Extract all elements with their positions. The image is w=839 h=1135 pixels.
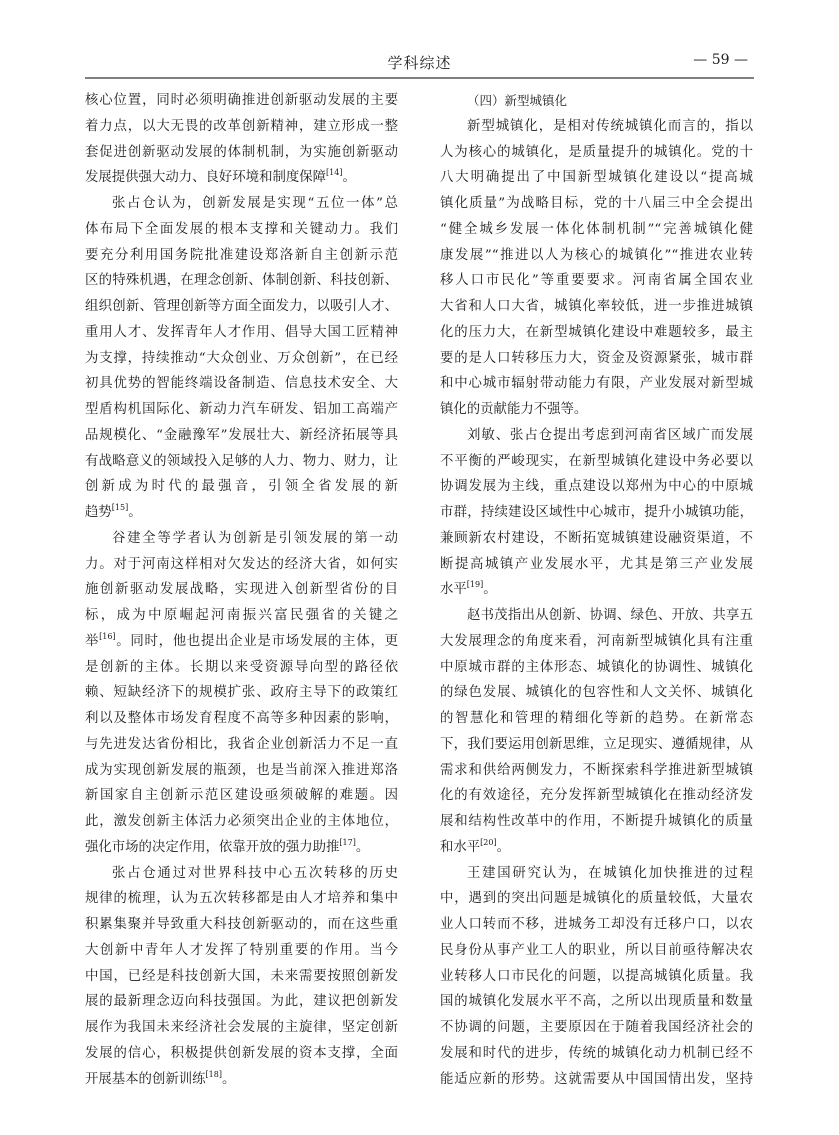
line-text: 组织创新、管理创新等方面全面发力，以吸引人才、 xyxy=(85,299,398,314)
line-text: 能适应新的形势。这就需要从中国国情出发，坚持 xyxy=(440,1072,753,1087)
line-text: 刘敏、张占仓提出考虑到河南省区域广而发展 xyxy=(467,428,753,443)
text-line: 不协调的问题，主要原因在于随着我国经济社会的 xyxy=(440,1015,753,1041)
text-line: 兼顾新农村建设，不断拓宽城镇建设融资渠道，不 xyxy=(440,526,753,552)
paragraph-start-line: 谷建全等学者认为创新是引领发展的第一动 xyxy=(85,526,398,552)
line-tail-text: 。 xyxy=(497,840,510,855)
text-line: 举[16]。同时，他也提出企业是市场发展的主体，更 xyxy=(85,629,398,655)
text-line: 初具优势的智能终端设备制造、信息技术安全、大 xyxy=(85,371,398,397)
text-line: 大省和人口大省，城镇化率较低，进一步推进城镇 xyxy=(440,294,753,320)
text-line: 发展和时代的进步，传统的城镇化动力机制已经不 xyxy=(440,1041,753,1067)
line-tail-text: 。 xyxy=(222,1072,235,1087)
line-text: 型盾构机国际化、新动力汽车研发、铝加工高端产 xyxy=(85,402,398,417)
text-line: “健全城乡发展一体化体制机制”“完善城镇化健 xyxy=(440,217,753,243)
text-line: 不平衡的严峻现实，在新型城镇化建设中务必要以 xyxy=(440,449,753,475)
text-line: 的绿色发展、城镇化的包容性和人文关怀、城镇化 xyxy=(440,680,753,706)
text-line: 化的压力大，在新型城镇化建设中难题较多，最主 xyxy=(440,320,753,346)
line-text: 断提高城镇产业发展水平，尤其是第三产业发展 xyxy=(440,557,753,572)
text-line: 业人口转而不移，进城务工却没有迁移户口，以农 xyxy=(440,912,753,938)
text-line: 大发展理念的角度来看，河南新型城镇化具有注重 xyxy=(440,629,753,655)
line-tail-text: 。 xyxy=(342,170,355,185)
text-line: 和水平[20]。 xyxy=(440,835,753,861)
text-line: 的智慧化和管理的精细化等新的趋势。在新常态 xyxy=(440,706,753,732)
line-text: 国的城镇化发展水平不高，之所以出现质量和数量 xyxy=(440,994,753,1009)
line-text: 要的是人口转移压力大，资金及资源紧张，城市群 xyxy=(440,351,753,366)
line-text: 赖、短缺经济下的规模扩张、政府主导下的政策红 xyxy=(85,685,398,700)
citation-reference: [14] xyxy=(326,168,342,177)
text-line: 展作为我国未来经济社会发展的主旋律，坚定创新 xyxy=(85,1015,398,1041)
line-text: 新国家自主创新示范区建设亟须破解的难题。因 xyxy=(85,788,398,803)
citation-reference: [19] xyxy=(467,580,483,589)
text-line: 中原城市群的主体形态、城镇化的协调性、城镇化 xyxy=(440,655,753,681)
text-line: 此，激发创新主体活力必须突出企业的主体地位， xyxy=(85,809,398,835)
text-line: 标，成为中原崛起河南振兴富民强省的关键之 xyxy=(85,603,398,629)
text-line: 套促进创新驱动发展的体制机制，为实施创新驱动 xyxy=(85,140,398,166)
line-text: 区的特殊机遇，在理念创新、体制创新、科技创新、 xyxy=(85,273,398,288)
line-text: 兼顾新农村建设，不断拓宽城镇建设融资渠道，不 xyxy=(440,531,753,546)
line-text: “健全城乡发展一体化体制机制”“完善城镇化健 xyxy=(440,222,753,237)
citation-reference: [16] xyxy=(99,632,115,641)
line-text: 水平 xyxy=(440,582,467,597)
text-line: 业转移人口市民化的问题，以提高城镇化质量。我 xyxy=(440,964,753,990)
line-text: 的智慧化和管理的精细化等新的趋势。在新常态 xyxy=(440,711,753,726)
text-line: 着力点，以大无畏的改革创新精神，建立形成一整 xyxy=(85,114,398,140)
text-line: 积累集聚并导致重大科技创新驱动的，而在这些重 xyxy=(85,912,398,938)
text-line: 需求和供给两侧发力，不断探索科学推进新型城镇 xyxy=(440,758,753,784)
line-text: 镇化质量”为战略目标，党的十八届三中全会提出 xyxy=(440,196,753,211)
text-line: 重用人才、发挥青年人才作用、倡导大国工匠精神 xyxy=(85,320,398,346)
line-text: 王建国研究认为，在城镇化加快推进的过程 xyxy=(467,866,753,881)
line-text: 展的最新理念迈向科技强国。为此，建议把创新发 xyxy=(85,994,398,1009)
citation-reference: [17] xyxy=(339,838,355,847)
text-line: 人为核心的城镇化，是质量提升的城镇化。党的十 xyxy=(440,140,753,166)
text-line: 下，我们要运用创新思维，立足现实、遵循规律，从 xyxy=(440,732,753,758)
citation-reference: [20] xyxy=(480,838,496,847)
text-line: 康发展”“推进以人为核心的城镇化”“推进农业转 xyxy=(440,243,753,269)
line-text: 规律的梳理，认为五次转移都是由人才培养和集中 xyxy=(85,891,398,906)
paragraph-start-line: 王建国研究认为，在城镇化加快推进的过程 xyxy=(440,861,753,887)
line-text: 张占仓通过对世界科技中心五次转移的历史 xyxy=(112,866,398,881)
line-text: 大发展理念的角度来看，河南新型城镇化具有注重 xyxy=(440,634,753,649)
text-line: 型盾构机国际化、新动力汽车研发、铝加工高端产 xyxy=(85,397,398,423)
line-text: 和中心城市辐射带动能力有限，产业发展对新型城 xyxy=(440,376,753,391)
text-line: 有战略意义的领域投入足够的人力、物力、财力，让 xyxy=(85,449,398,475)
line-text: 镇化的贡献能力不强等。 xyxy=(440,402,587,417)
line-text: 民身份从事产业工人的职业，所以目前亟待解决农 xyxy=(440,943,753,958)
line-text: 核心位置，同时必须明确推进创新驱动发展的主要 xyxy=(85,93,398,108)
text-line: 开展基本的创新训练[18]。 xyxy=(85,1067,398,1093)
line-text: 积累集聚并导致重大科技创新驱动的，而在这些重 xyxy=(85,917,398,932)
line-text: 品规模化、“金融豫军”发展壮大、新经济拓展等具 xyxy=(85,428,398,443)
line-text: 利以及整体市场发育程度不高等多种因素的影响， xyxy=(85,711,398,726)
citation-reference: [15] xyxy=(112,503,128,512)
text-line: 施创新驱动发展战略，实现进入创新型省份的目 xyxy=(85,577,398,603)
text-line: 创新成为时代的最强音，引领全省发展的新 xyxy=(85,474,398,500)
line-text: 移人口市民化”等重要要求。河南省属全国农业 xyxy=(440,273,753,288)
text-line: 八大明确提出了中国新型城镇化建设以“提高城 xyxy=(440,165,753,191)
line-text: 有战略意义的领域投入足够的人力、物力、财力，让 xyxy=(85,454,398,469)
paragraph-start-line: 张占仓通过对世界科技中心五次转移的历史 xyxy=(85,861,398,887)
line-text: 展作为我国未来经济社会发展的主旋律，坚定创新 xyxy=(85,1020,398,1035)
text-line: 发展提供强大动力、良好环境和制度保障[14]。 xyxy=(85,165,398,191)
text-line: 要充分利用国务院批准建设郑洛新自主创新示范 xyxy=(85,243,398,269)
line-text: 成为实现创新发展的瓶颈，也是当前深入推进郑洛 xyxy=(85,763,398,778)
text-line: 发展的信心，积极提供创新发展的资本支撑，全面 xyxy=(85,1041,398,1067)
text-line: 移人口市民化”等重要要求。河南省属全国农业 xyxy=(440,268,753,294)
text-line: 要的是人口转移压力大，资金及资源紧张，城市群 xyxy=(440,346,753,372)
line-tail-text: 。同时，他也提出企业是市场发展的主体，更 xyxy=(116,634,398,649)
line-text: 中原城市群的主体形态、城镇化的协调性、城镇化 xyxy=(440,660,753,675)
text-line: 体布局下全面发展的根本支撑和关键动力。我们 xyxy=(85,217,398,243)
text-line: 能适应新的形势。这就需要从中国国情出发，坚持 xyxy=(440,1067,753,1093)
section-title: 学科综述 xyxy=(85,52,754,73)
line-text: 是创新的主体。长期以来受资源导向型的路径依 xyxy=(85,660,398,675)
text-line: 国的城镇化发展水平不高，之所以出现质量和数量 xyxy=(440,989,753,1015)
line-text: 展和结构性改革中的作用，不断提升城镇化的质量 xyxy=(440,814,753,829)
line-text: 与先进发达省份相比，我省企业创新活力不足一直 xyxy=(85,737,398,752)
line-text: 人为核心的城镇化，是质量提升的城镇化。党的十 xyxy=(440,145,753,160)
line-text: 协调发展为主线，重点建设以郑州为中心的中原城 xyxy=(440,479,753,494)
line-text: 赵书茂指出从创新、协调、绿色、开放、共享五 xyxy=(467,608,753,623)
line-text: 标，成为中原崛起河南振兴富民强省的关键之 xyxy=(85,608,398,623)
line-text: 体布局下全面发展的根本支撑和关键动力。我们 xyxy=(85,222,398,237)
line-text: 套促进创新驱动发展的体制机制，为实施创新驱动 xyxy=(85,145,398,160)
line-tail-text: 。 xyxy=(483,582,496,597)
line-text: 新型城镇化，是相对传统城镇化而言的，指以 xyxy=(467,119,753,134)
text-line: 水平[19]。 xyxy=(440,577,753,603)
line-text: 举 xyxy=(85,634,99,649)
line-text: 强化市场的决定作用，依靠开放的强力助推 xyxy=(85,840,339,855)
line-text: 和水平 xyxy=(440,840,480,855)
line-text: 康发展”“推进以人为核心的城镇化”“推进农业转 xyxy=(440,248,753,263)
text-line: 中国，已经是科技创新大国，未来需要按照创新发 xyxy=(85,964,398,990)
line-text: 大创新中青年人才发挥了特别重要的作用。当今 xyxy=(85,943,398,958)
section-heading: （四）新型城镇化 xyxy=(440,88,753,114)
text-line: 和中心城市辐射带动能力有限，产业发展对新型城 xyxy=(440,371,753,397)
line-text: 不平衡的严峻现实，在新型城镇化建设中务必要以 xyxy=(440,454,753,469)
line-text: 为支撑，持续推动“大众创业、万众创新”，在已经 xyxy=(85,351,398,366)
line-text: 开展基本的创新训练 xyxy=(85,1072,206,1087)
right-column: （四）新型城镇化 新型城镇化，是相对传统城镇化而言的，指以人为核心的城镇化，是质… xyxy=(440,88,753,1092)
line-text: 八大明确提出了中国新型城镇化建设以“提高城 xyxy=(440,170,753,185)
text-line: 大创新中青年人才发挥了特别重要的作用。当今 xyxy=(85,938,398,964)
line-text: 不协调的问题，主要原因在于随着我国经济社会的 xyxy=(440,1020,753,1035)
text-line: 断提高城镇产业发展水平，尤其是第三产业发展 xyxy=(440,552,753,578)
text-line: 是创新的主体。长期以来受资源导向型的路径依 xyxy=(85,655,398,681)
text-line: 赖、短缺经济下的规模扩张、政府主导下的政策红 xyxy=(85,680,398,706)
text-line: 中，遇到的突出问题是城镇化的质量较低，大量农 xyxy=(440,886,753,912)
line-text: 发展提供强大动力、良好环境和制度保障 xyxy=(85,170,326,185)
text-line: 趋势[15]。 xyxy=(85,500,398,526)
text-line: 规律的梳理，认为五次转移都是由人才培养和集中 xyxy=(85,886,398,912)
line-text: 发展的信心，积极提供创新发展的资本支撑，全面 xyxy=(85,1046,398,1061)
text-line: 利以及整体市场发育程度不高等多种因素的影响， xyxy=(85,706,398,732)
line-text: 发展和时代的进步，传统的城镇化动力机制已经不 xyxy=(440,1046,753,1061)
paragraph-start-line: 新型城镇化，是相对传统城镇化而言的，指以 xyxy=(440,114,753,140)
text-line: 镇化质量”为战略目标，党的十八届三中全会提出 xyxy=(440,191,753,217)
text-line: 品规模化、“金融豫军”发展壮大、新经济拓展等具 xyxy=(85,423,398,449)
text-line: 强化市场的决定作用，依靠开放的强力助推[17]。 xyxy=(85,835,398,861)
header-divider xyxy=(85,77,754,79)
text-line: 组织创新、管理创新等方面全面发力，以吸引人才、 xyxy=(85,294,398,320)
line-text: 市群，持续建设区域性中心城市，提升小城镇功能， xyxy=(440,505,753,520)
line-text: 要充分利用国务院批准建设郑洛新自主创新示范 xyxy=(85,248,398,263)
text-line: 展和结构性改革中的作用，不断提升城镇化的质量 xyxy=(440,809,753,835)
line-text: 张占仓认为，创新发展是实现“五位一体”总 xyxy=(112,196,398,211)
text-line: 成为实现创新发展的瓶颈，也是当前深入推进郑洛 xyxy=(85,758,398,784)
paragraph-start-line: 赵书茂指出从创新、协调、绿色、开放、共享五 xyxy=(440,603,753,629)
text-line: 展的最新理念迈向科技强国。为此，建议把创新发 xyxy=(85,989,398,1015)
line-text: 此，激发创新主体活力必须突出企业的主体地位， xyxy=(85,814,398,829)
text-line: 民身份从事产业工人的职业，所以目前亟待解决农 xyxy=(440,938,753,964)
line-text: 化的有效途径，充分发挥新型城镇化在推动经济发 xyxy=(440,788,753,803)
line-text: 需求和供给两侧发力，不断探索科学推进新型城镇 xyxy=(440,763,753,778)
line-text: 化的压力大，在新型城镇化建设中难题较多，最主 xyxy=(440,325,753,340)
text-line: 新国家自主创新示范区建设亟须破解的难题。因 xyxy=(85,783,398,809)
line-text: 趋势 xyxy=(85,505,112,520)
line-text: 业人口转而不移，进城务工却没有迁移户口，以农 xyxy=(440,917,753,932)
line-text: 大省和人口大省，城镇化率较低，进一步推进城镇 xyxy=(440,299,753,314)
line-text: 业转移人口市民化的问题，以提高城镇化质量。我 xyxy=(440,969,753,984)
text-line: 化的有效途径，充分发挥新型城镇化在推动经济发 xyxy=(440,783,753,809)
line-tail-text: 。 xyxy=(356,840,369,855)
text-line: 区的特殊机遇，在理念创新、体制创新、科技创新、 xyxy=(85,268,398,294)
page-number: — 59 — xyxy=(693,52,748,68)
paragraph-start-line: 刘敏、张占仓提出考虑到河南省区域广而发展 xyxy=(440,423,753,449)
text-line: 协调发展为主线，重点建设以郑州为中心的中原城 xyxy=(440,474,753,500)
text-line: 核心位置，同时必须明确推进创新驱动发展的主要 xyxy=(85,88,398,114)
running-header: 学科综述 — 59 — xyxy=(85,52,754,78)
citation-reference: [18] xyxy=(206,1070,222,1079)
line-text: 下，我们要运用创新思维，立足现实、遵循规律，从 xyxy=(440,737,753,752)
line-text: 创新成为时代的最强音，引领全省发展的新 xyxy=(85,479,398,494)
line-text: 中，遇到的突出问题是城镇化的质量较低，大量农 xyxy=(440,891,753,906)
line-text: 中国，已经是科技创新大国，未来需要按照创新发 xyxy=(85,969,398,984)
line-text: 初具优势的智能终端设备制造、信息技术安全、大 xyxy=(85,376,398,391)
line-text: 力。对于河南这样相对欠发达的经济大省，如何实 xyxy=(85,557,398,572)
line-text: 谷建全等学者认为创新是引领发展的第一动 xyxy=(112,531,398,546)
line-text: 着力点，以大无畏的改革创新精神，建立形成一整 xyxy=(85,119,398,134)
line-text: 施创新驱动发展战略，实现进入创新型省份的目 xyxy=(85,582,398,597)
text-line: 与先进发达省份相比，我省企业创新活力不足一直 xyxy=(85,732,398,758)
line-tail-text: 。 xyxy=(128,505,141,520)
paragraph-start-line: 张占仓认为，创新发展是实现“五位一体”总 xyxy=(85,191,398,217)
left-column: 核心位置，同时必须明确推进创新驱动发展的主要着力点，以大无畏的改革创新精神，建立… xyxy=(85,88,398,1092)
text-line: 镇化的贡献能力不强等。 xyxy=(440,397,753,423)
line-text: 的绿色发展、城镇化的包容性和人文关怀、城镇化 xyxy=(440,685,753,700)
text-line: 为支撑，持续推动“大众创业、万众创新”，在已经 xyxy=(85,346,398,372)
text-line: 力。对于河南这样相对欠发达的经济大省，如何实 xyxy=(85,552,398,578)
line-text: 重用人才、发挥青年人才作用、倡导大国工匠精神 xyxy=(85,325,398,340)
text-line: 市群，持续建设区域性中心城市，提升小城镇功能， xyxy=(440,500,753,526)
